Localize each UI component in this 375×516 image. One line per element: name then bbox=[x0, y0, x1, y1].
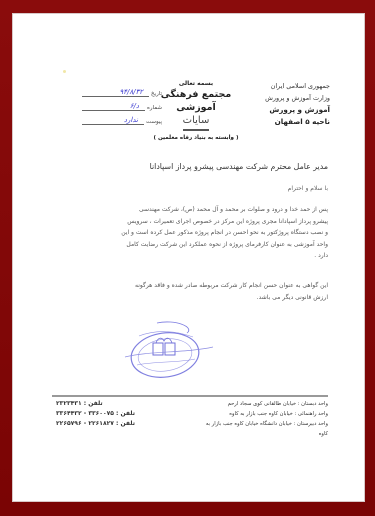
footer-address: واحد دبیرستان : خیابان دانشگاه خیابان کا… bbox=[198, 419, 328, 429]
footer-phone-label: تلفن : bbox=[116, 410, 135, 417]
letterhead-ministry-block: جمهوری اسلامی ایران وزارت آموزش و پرورش … bbox=[240, 81, 330, 127]
stamp-icon bbox=[117, 321, 217, 383]
paper-speck bbox=[63, 70, 66, 73]
paragraph-line: پس از حمد خدا و درود و صلوات بر محمد و آ… bbox=[52, 204, 328, 216]
date-row: تاریخ ۹۴/۸/۳۲ bbox=[82, 83, 162, 97]
attachment-row: پیوست ندارد bbox=[82, 111, 162, 125]
institution-title: مجتمع فرهنگی آموزشی bbox=[150, 88, 242, 114]
header-divider bbox=[183, 129, 209, 131]
footer-phone: ۳۳۶۰۰۷۵ - ۳۳۶۴۴۳۲ bbox=[56, 410, 114, 417]
attachment-label: پیوست bbox=[146, 119, 162, 125]
letterhead-line-3: آموزش و پرورش bbox=[240, 104, 330, 116]
letter-footer-contacts: واحد دبستان : خیابان طالقانی کوی سجاد ار… bbox=[52, 399, 328, 429]
number-value: ۶/د bbox=[130, 102, 139, 110]
institution-name: سایات bbox=[150, 114, 242, 128]
footer-phone-label: تلفن : bbox=[84, 400, 103, 407]
footer-address: واحد دبستان : خیابان طالقانی کوی سجاد ار… bbox=[198, 399, 328, 409]
letterhead-line-2: وزارت آموزش و پرورش bbox=[240, 93, 330, 105]
footer-row-middle: واحد راهنمائی : خیابان کاوه جنب بازار به… bbox=[52, 409, 328, 419]
footer-row-primary: واحد دبستان : خیابان طالقانی کوی سجاد ار… bbox=[52, 399, 328, 409]
footer-phone: ۲۲۶۱۸۲۷ - ۲۲۶۵۷۹۶ bbox=[56, 420, 114, 427]
paragraph-line: واحد آموزشی به عنوان کارفرمای پروژه از ن… bbox=[52, 239, 328, 251]
paragraph-line: ارزش قانونی دیگر می باشد. bbox=[52, 292, 328, 304]
letter-paragraph-1: پس از حمد خدا و درود و صلوات بر محمد و آ… bbox=[52, 204, 328, 262]
letter-page: جمهوری اسلامی ایران وزارت آموزش و پرورش … bbox=[12, 13, 365, 502]
bismillah: بسمه تعالی bbox=[150, 80, 242, 88]
date-label: تاریخ bbox=[151, 91, 162, 97]
salutation: با سلام و احترام bbox=[52, 185, 328, 192]
number-label: شماره bbox=[147, 105, 162, 111]
letterhead-line-4: ناحیه ۵ اصفهان bbox=[240, 116, 330, 128]
footer-divider bbox=[52, 395, 328, 397]
paragraph-line: دارد . bbox=[52, 250, 328, 262]
number-row: شماره ۶/د bbox=[82, 97, 162, 111]
footer-address: واحد راهنمائی : خیابان کاوه جنب بازار به… bbox=[198, 409, 328, 419]
paragraph-line: این گواهی به عنوان حسن انجام کار شرکت مر… bbox=[52, 280, 328, 292]
date-value: ۹۴/۸/۳۲ bbox=[120, 88, 144, 96]
letterhead-institution-block: بسمه تعالی مجتمع فرهنگی آموزشی سایات ( و… bbox=[150, 80, 242, 142]
official-stamp bbox=[117, 321, 217, 383]
letter-paragraph-2: این گواهی به عنوان حسن انجام کار شرکت مر… bbox=[52, 280, 328, 304]
addressee: مدیر عامل محترم شرکت مهندسی پیشرو پرداز … bbox=[52, 162, 328, 171]
paragraph-line: پیشرو پرداز اسپادانا مجری پروژه این مرکز… bbox=[52, 216, 328, 228]
institution-subtitle: ( وابسته به بنیاد رفاه معلمین ) bbox=[150, 134, 242, 142]
footer-phone-label: تلفن : bbox=[116, 420, 135, 427]
letterhead-line-1: جمهوری اسلامی ایران bbox=[240, 81, 330, 93]
letter-meta-block: تاریخ ۹۴/۸/۳۲ شماره ۶/د پیوست ندارد bbox=[82, 83, 162, 125]
footer-row-high: واحد دبیرستان : خیابان دانشگاه خیابان کا… bbox=[52, 419, 328, 429]
paragraph-line: و نصب دستگاه پروژکتور به نحو احسن در انج… bbox=[52, 227, 328, 239]
footer-phone: ۲۳۲۳۴۳۱ bbox=[56, 400, 82, 407]
attachment-value: ندارد bbox=[124, 116, 138, 124]
